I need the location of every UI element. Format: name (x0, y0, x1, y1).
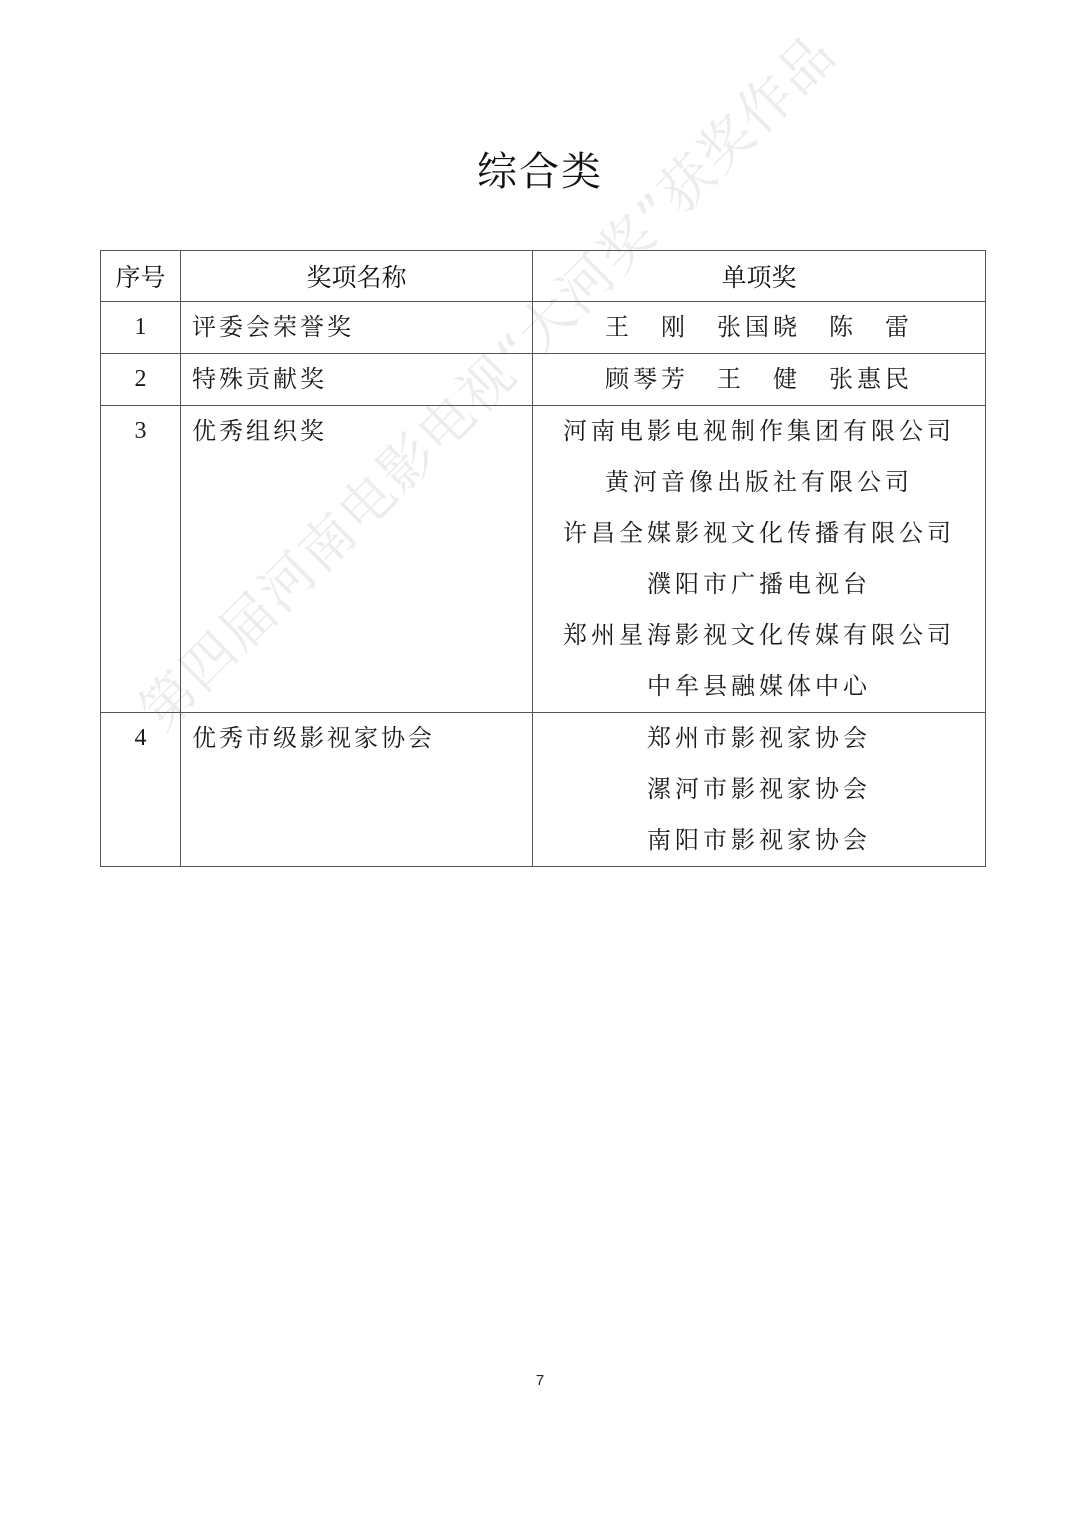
winner: 漯河市影视家协会 (533, 764, 985, 815)
page-number: 7 (0, 1372, 1080, 1389)
header-single-award: 单项奖 (533, 251, 986, 302)
table-row: 3 优秀组织奖 河南电影电视制作集团有限公司 黄河音像出版社有限公司 许昌全媒影… (101, 406, 986, 713)
table-row: 2 特殊贡献奖 顾琴芳 王 健 张惠民 (101, 354, 986, 406)
header-award-name: 奖项名称 (181, 251, 533, 302)
header-index: 序号 (101, 251, 181, 302)
winner: 南阳市影视家协会 (533, 815, 985, 866)
table-row: 1 评委会荣誉奖 王 刚 张国晓 陈 雷 (101, 302, 986, 354)
row-award: 优秀组织奖 (181, 406, 533, 713)
row-index: 1 (101, 302, 181, 354)
page-title: 综合类 (0, 140, 1080, 197)
award-table: 序号 奖项名称 单项奖 1 评委会荣誉奖 王 刚 张国晓 陈 雷 2 特殊贡献奖… (100, 250, 986, 867)
winner: 郑州星海影视文化传媒有限公司 (533, 610, 985, 661)
winner: 黄河音像出版社有限公司 (533, 457, 985, 508)
winner: 顾琴芳 王 健 张惠民 (533, 354, 985, 405)
winner: 河南电影电视制作集团有限公司 (533, 406, 985, 457)
table-row: 4 优秀市级影视家协会 郑州市影视家协会 漯河市影视家协会 南阳市影视家协会 (101, 713, 986, 867)
row-index: 2 (101, 354, 181, 406)
row-award: 优秀市级影视家协会 (181, 713, 533, 867)
winner: 中牟县融媒体中心 (533, 661, 985, 712)
row-winners: 河南电影电视制作集团有限公司 黄河音像出版社有限公司 许昌全媒影视文化传播有限公… (533, 406, 986, 713)
row-winners: 郑州市影视家协会 漯河市影视家协会 南阳市影视家协会 (533, 713, 986, 867)
row-award: 特殊贡献奖 (181, 354, 533, 406)
winner: 许昌全媒影视文化传播有限公司 (533, 508, 985, 559)
row-winners: 王 刚 张国晓 陈 雷 (533, 302, 986, 354)
row-index: 4 (101, 713, 181, 867)
row-award: 评委会荣誉奖 (181, 302, 533, 354)
row-index: 3 (101, 406, 181, 713)
winner: 郑州市影视家协会 (533, 713, 985, 764)
winner: 濮阳市广播电视台 (533, 559, 985, 610)
table-header-row: 序号 奖项名称 单项奖 (101, 251, 986, 302)
row-winners: 顾琴芳 王 健 张惠民 (533, 354, 986, 406)
winner: 王 刚 张国晓 陈 雷 (533, 302, 985, 353)
